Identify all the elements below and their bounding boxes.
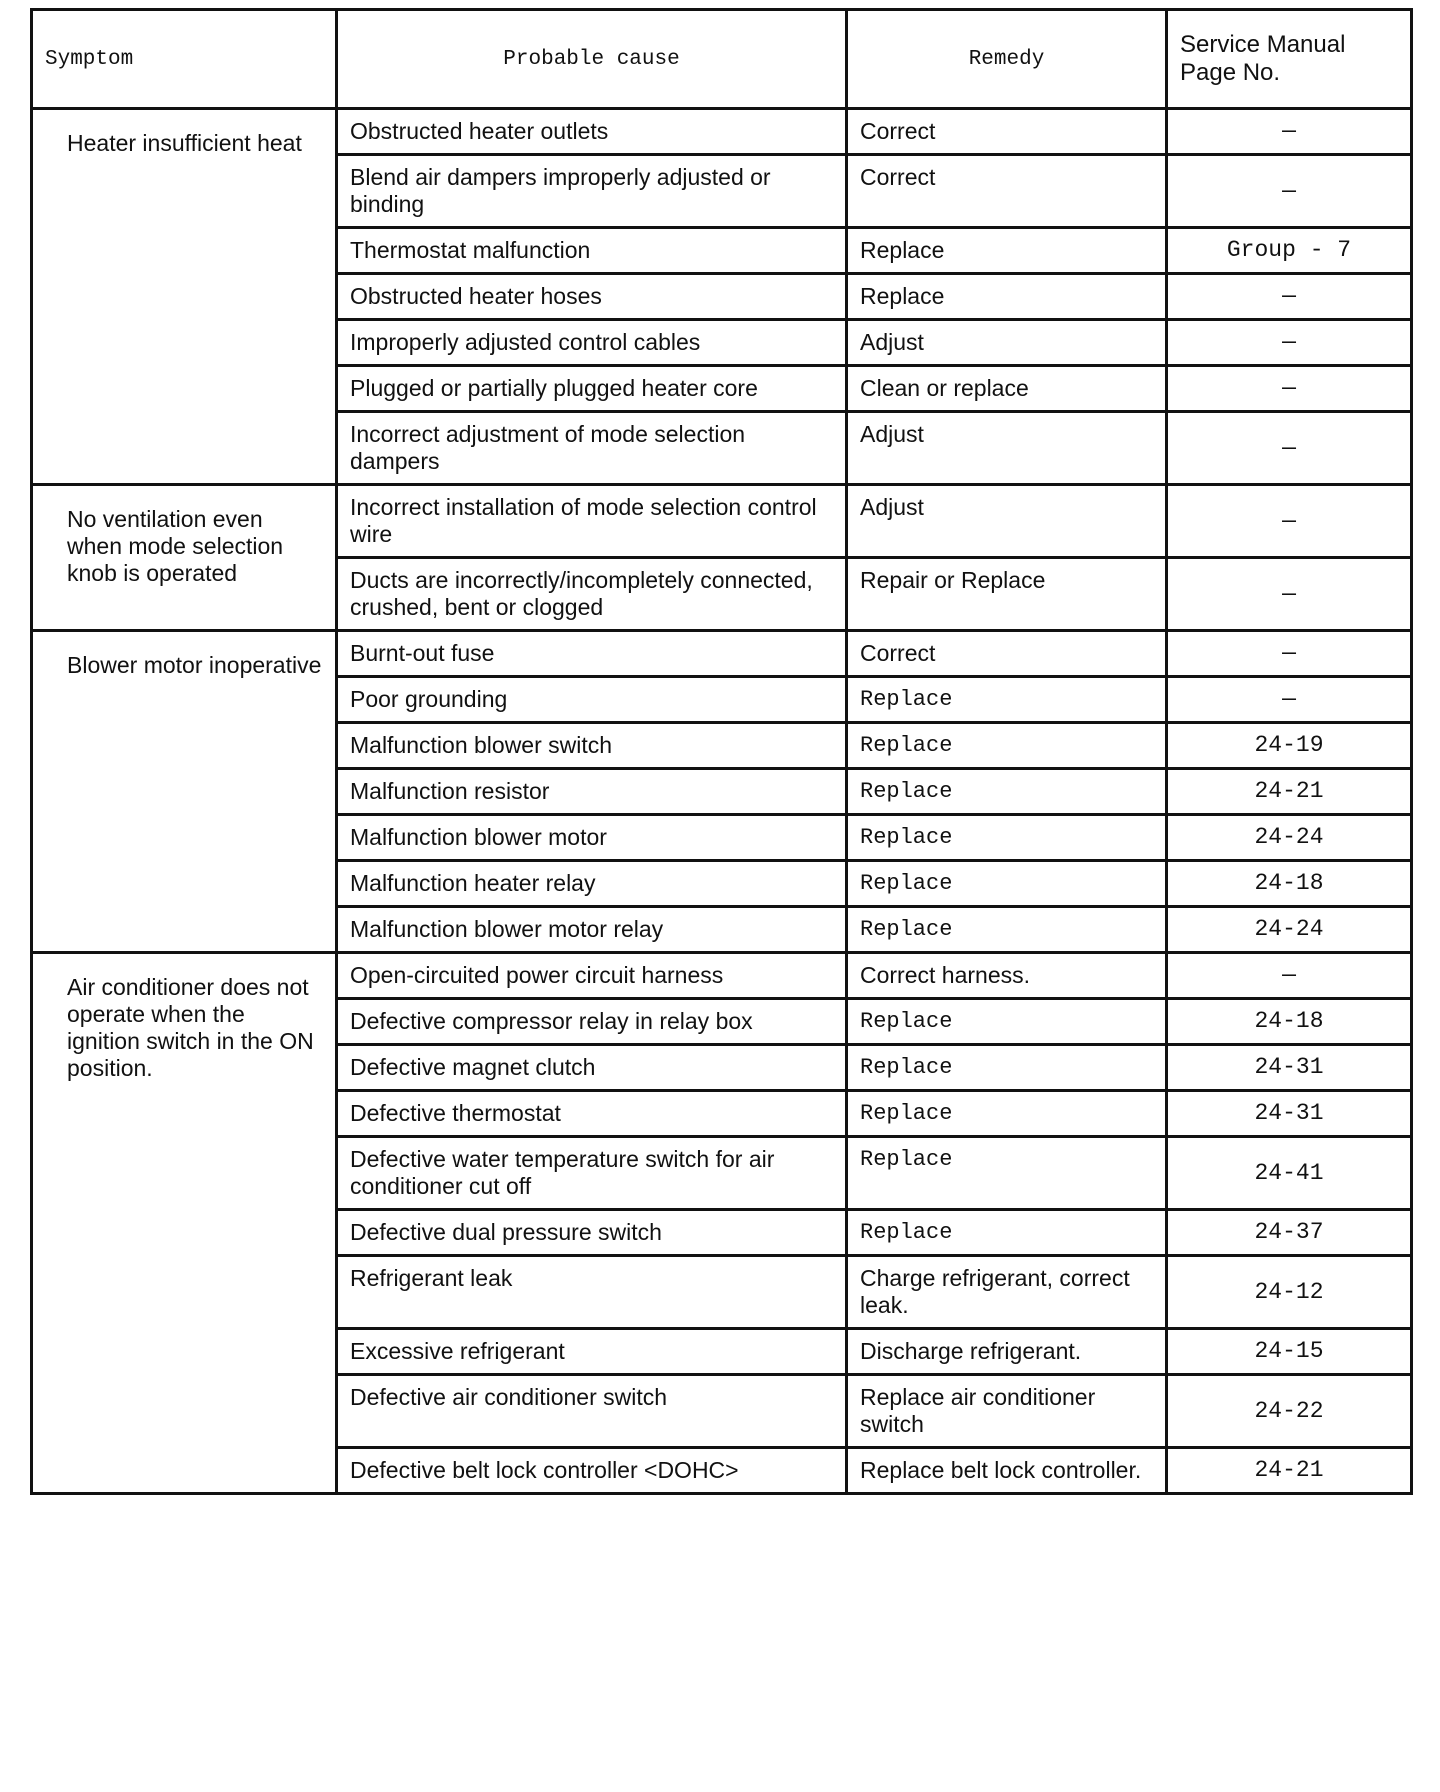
remedy-cell: Repair or Replace xyxy=(847,558,1167,631)
header-symptom: Symptom xyxy=(32,10,337,109)
page-cell: 24-24 xyxy=(1167,815,1412,861)
page-cell: — xyxy=(1167,320,1412,366)
page-cell: — xyxy=(1167,558,1412,631)
remedy-cell: Charge refrigerant, correct leak. xyxy=(847,1256,1167,1329)
remedy-cell: Replace xyxy=(847,861,1167,907)
header-probable-cause: Probable cause xyxy=(337,10,847,109)
table-row: Heater insufficient heatObstructed heate… xyxy=(32,109,1412,155)
cause-cell: Malfunction blower motor xyxy=(337,815,847,861)
header-page-no: Service Manual Page No. xyxy=(1167,10,1412,109)
header-row: Symptom Probable cause Remedy Service Ma… xyxy=(32,10,1412,109)
cause-cell: Incorrect installation of mode selection… xyxy=(337,485,847,558)
page-cell: 24-21 xyxy=(1167,1448,1412,1494)
troubleshooting-table: Symptom Probable cause Remedy Service Ma… xyxy=(30,8,1413,1495)
cause-cell: Malfunction blower motor relay xyxy=(337,907,847,953)
symptom-cell: Heater insufficient heat xyxy=(32,109,337,485)
cause-cell: Defective compressor relay in relay box xyxy=(337,999,847,1045)
remedy-cell: Replace xyxy=(847,1045,1167,1091)
remedy-cell: Replace xyxy=(847,677,1167,723)
remedy-cell: Replace xyxy=(847,815,1167,861)
page-cell: — xyxy=(1167,677,1412,723)
remedy-cell: Replace xyxy=(847,907,1167,953)
remedy-cell: Clean or replace xyxy=(847,366,1167,412)
cause-cell: Improperly adjusted control cables xyxy=(337,320,847,366)
cause-cell: Blend air dampers improperly adjusted or… xyxy=(337,155,847,228)
table-row: Blower motor inoperativeBurnt-out fuseCo… xyxy=(32,631,1412,677)
remedy-cell: Replace xyxy=(847,999,1167,1045)
page-cell: — xyxy=(1167,412,1412,485)
cause-cell: Defective magnet clutch xyxy=(337,1045,847,1091)
symptom-cell: Blower motor inoperative xyxy=(32,631,337,953)
cause-cell: Defective belt lock controller <DOHC> xyxy=(337,1448,847,1494)
page-cell: 24-37 xyxy=(1167,1210,1412,1256)
cause-cell: Defective air conditioner switch xyxy=(337,1375,847,1448)
cause-cell: Malfunction resistor xyxy=(337,769,847,815)
table-row: No ventilation even when mode selection … xyxy=(32,485,1412,558)
remedy-cell: Replace xyxy=(847,769,1167,815)
remedy-cell: Replace xyxy=(847,1137,1167,1210)
cause-cell: Defective dual pressure switch xyxy=(337,1210,847,1256)
remedy-cell: Replace xyxy=(847,1210,1167,1256)
remedy-cell: Adjust xyxy=(847,320,1167,366)
page-cell: 24-18 xyxy=(1167,999,1412,1045)
remedy-cell: Replace xyxy=(847,1091,1167,1137)
cause-cell: Malfunction heater relay xyxy=(337,861,847,907)
remedy-cell: Discharge refrigerant. xyxy=(847,1329,1167,1375)
remedy-cell: Correct xyxy=(847,631,1167,677)
table-row: Air conditioner does not operate when th… xyxy=(32,953,1412,999)
remedy-cell: Correct harness. xyxy=(847,953,1167,999)
header-remedy: Remedy xyxy=(847,10,1167,109)
cause-cell: Plugged or partially plugged heater core xyxy=(337,366,847,412)
cause-cell: Obstructed heater outlets xyxy=(337,109,847,155)
page-cell: — xyxy=(1167,485,1412,558)
cause-cell: Open-circuited power circuit harness xyxy=(337,953,847,999)
page-cell: 24-31 xyxy=(1167,1045,1412,1091)
remedy-cell: Adjust xyxy=(847,485,1167,558)
cause-cell: Burnt-out fuse xyxy=(337,631,847,677)
page-cell: 24-31 xyxy=(1167,1091,1412,1137)
page-cell: — xyxy=(1167,155,1412,228)
page-cell: 24-19 xyxy=(1167,723,1412,769)
page-cell: — xyxy=(1167,953,1412,999)
remedy-cell: Replace xyxy=(847,274,1167,320)
page-cell: — xyxy=(1167,366,1412,412)
symptom-cell: No ventilation even when mode selection … xyxy=(32,485,337,631)
remedy-cell: Adjust xyxy=(847,412,1167,485)
remedy-cell: Replace xyxy=(847,228,1167,274)
cause-cell: Poor grounding xyxy=(337,677,847,723)
symptom-cell: Air conditioner does not operate when th… xyxy=(32,953,337,1494)
remedy-cell: Correct xyxy=(847,155,1167,228)
remedy-cell: Correct xyxy=(847,109,1167,155)
page-cell: 24-41 xyxy=(1167,1137,1412,1210)
page-cell: — xyxy=(1167,109,1412,155)
remedy-cell: Replace belt lock controller. xyxy=(847,1448,1167,1494)
cause-cell: Malfunction blower switch xyxy=(337,723,847,769)
cause-cell: Refrigerant leak xyxy=(337,1256,847,1329)
page-cell: 24-15 xyxy=(1167,1329,1412,1375)
cause-cell: Excessive refrigerant xyxy=(337,1329,847,1375)
cause-cell: Thermostat malfunction xyxy=(337,228,847,274)
cause-cell: Defective thermostat xyxy=(337,1091,847,1137)
cause-cell: Ducts are incorrectly/incompletely conne… xyxy=(337,558,847,631)
cause-cell: Obstructed heater hoses xyxy=(337,274,847,320)
remedy-cell: Replace xyxy=(847,723,1167,769)
page-cell: 24-22 xyxy=(1167,1375,1412,1448)
cause-cell: Defective water temperature switch for a… xyxy=(337,1137,847,1210)
cause-cell: Incorrect adjustment of mode selection d… xyxy=(337,412,847,485)
page-cell: 24-24 xyxy=(1167,907,1412,953)
page-cell: 24-12 xyxy=(1167,1256,1412,1329)
page-cell: — xyxy=(1167,631,1412,677)
page-cell: — xyxy=(1167,274,1412,320)
remedy-cell: Replace air conditioner switch xyxy=(847,1375,1167,1448)
page-cell: 24-18 xyxy=(1167,861,1412,907)
page-cell: 24-21 xyxy=(1167,769,1412,815)
page-cell: Group - 7 xyxy=(1167,228,1412,274)
